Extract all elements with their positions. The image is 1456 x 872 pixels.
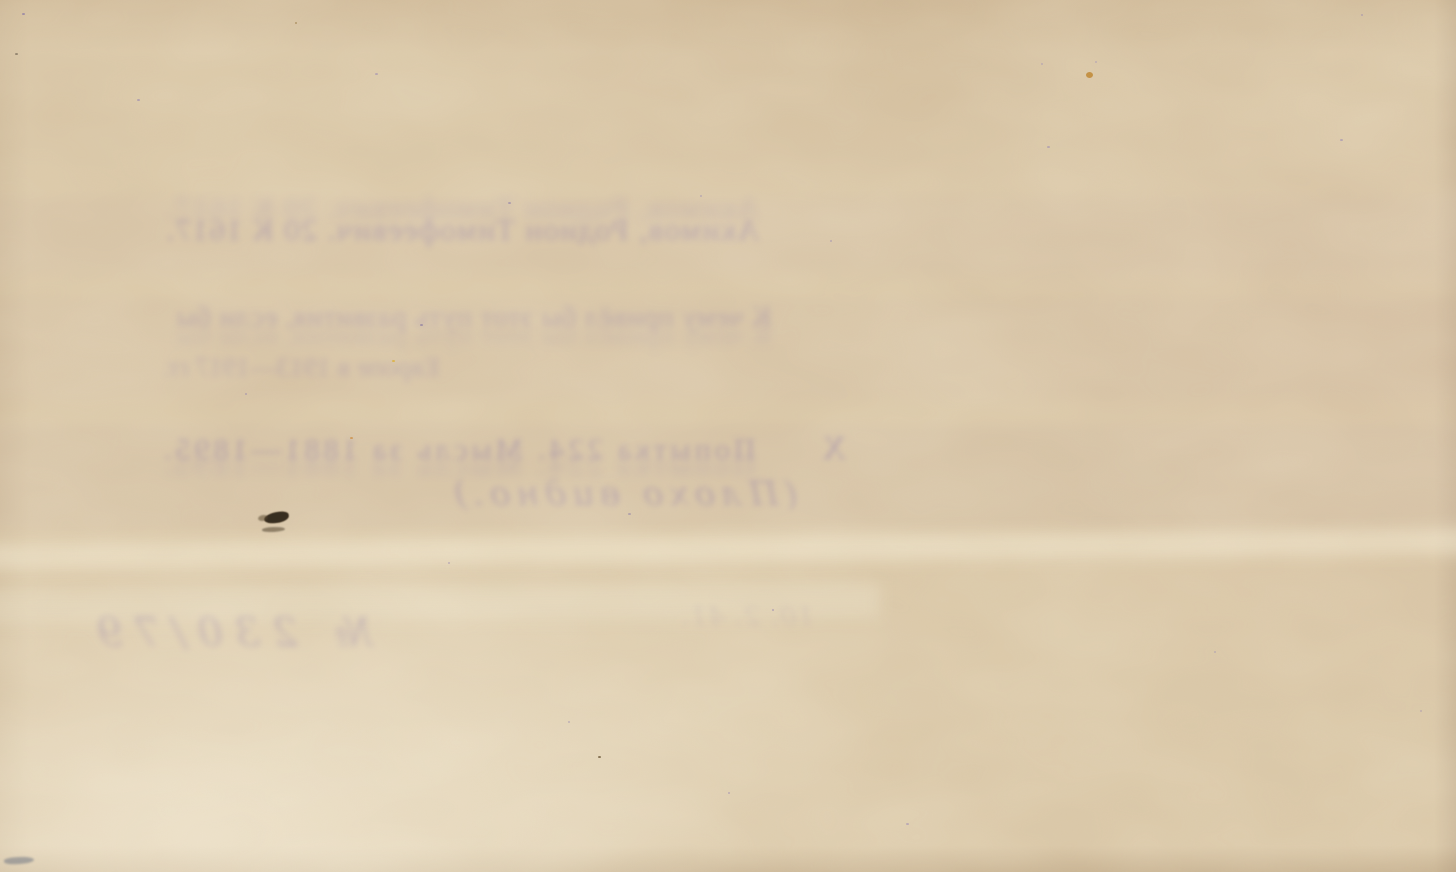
blot-dash [262, 526, 285, 532]
paper-speck [350, 437, 353, 439]
bleedthrough-line-heading-line: Акимов, Родион Тимофеевич. 20 К 1617. [165, 212, 760, 248]
light-scan-streak [0, 528, 1456, 570]
paper-speck [375, 73, 378, 75]
bleedthrough-line-date-bottom: 10. 2. 41. [680, 602, 814, 632]
blot-tail [258, 514, 269, 522]
paper-speck [15, 53, 18, 55]
bleedthrough-line-body-line-2: Европе в 1913—1917 гг. [163, 352, 440, 383]
ink-offset-bands [0, 0, 1456, 872]
paper-speck [245, 393, 247, 395]
paper-speck [1047, 146, 1050, 148]
paper-tone-mottling [0, 0, 1456, 872]
paper-speck [598, 756, 601, 758]
paper-speck [448, 562, 450, 564]
light-scan-streak-2 [0, 583, 880, 623]
paper-speck [420, 324, 423, 326]
bleedthrough-line-entry-mark-x: Х [822, 430, 847, 468]
paper-speck [1086, 72, 1093, 78]
paper-speck [728, 792, 730, 794]
paper-speck [906, 823, 909, 825]
bleedthrough-line-entry-line: Попытка 224. Мысль за 1881—1895. [160, 433, 755, 467]
paper-speck [1214, 651, 1216, 653]
blot-main [263, 511, 289, 525]
paper-speck [700, 195, 702, 197]
paper-speck [22, 13, 25, 15]
paper-speck [137, 99, 140, 101]
scanned-card-verso: Акимов, Родион Тимофеевич. 20 К 1617.К ч… [0, 0, 1456, 872]
paper-speck [1340, 139, 1343, 141]
paper-speck [1361, 14, 1363, 16]
bleedthrough-line-handwritten-note: (Плохо видно.) [448, 474, 798, 514]
paper-speck [628, 513, 631, 515]
bleedthrough-line-body-line-1: К чему привёл бы этот путь развития, есл… [176, 301, 771, 334]
paper-mottle-texture [0, 0, 1456, 872]
paper-speck [508, 202, 511, 204]
bleedthrough-line-number-bottom-left: № 230/79 [85, 610, 372, 656]
paper-speck [1041, 63, 1043, 65]
paper-speck [295, 22, 297, 24]
paper-speck [772, 609, 774, 611]
paper-speck [568, 721, 570, 723]
paper-speck [1420, 710, 1422, 712]
paper-speck [830, 240, 832, 242]
paper-grain-texture [0, 0, 1456, 872]
paper-speck [1095, 61, 1097, 63]
paper-speck [392, 360, 395, 362]
bottom-left-corner-ink-mark [4, 856, 34, 865]
